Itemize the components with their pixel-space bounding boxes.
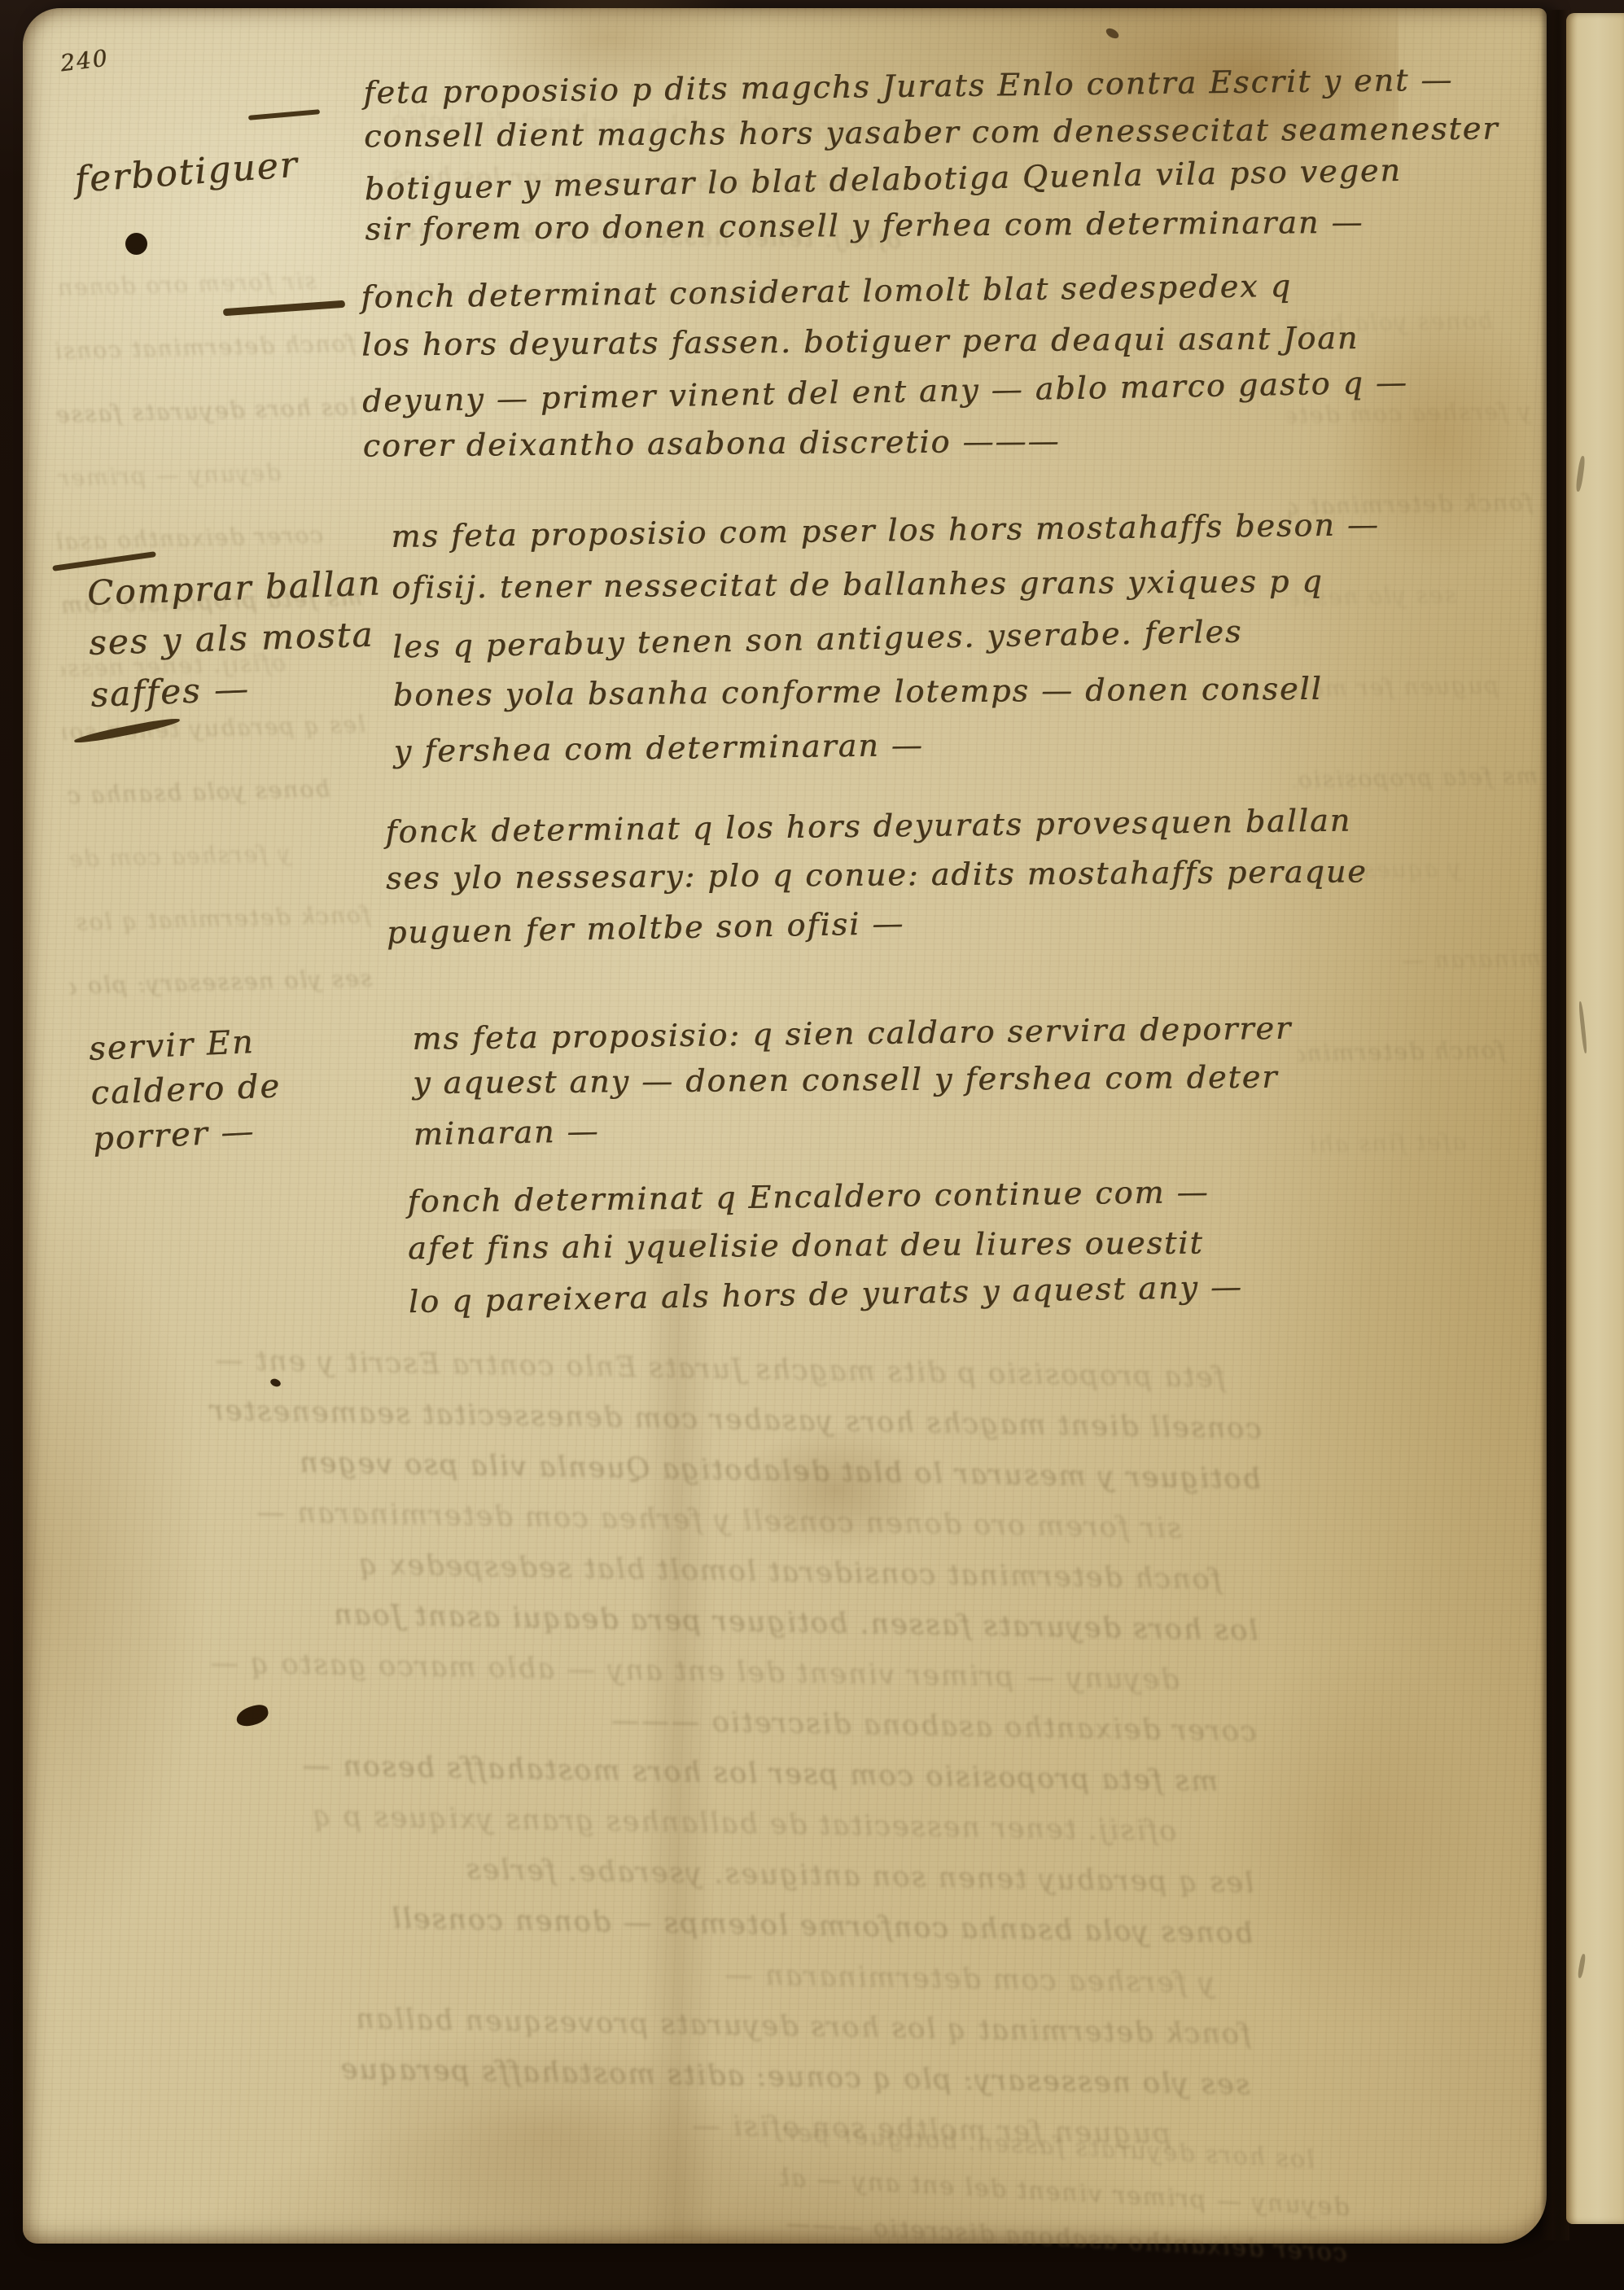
text-line: caldero de (90, 1064, 282, 1116)
bleedthrough-line: ses ylo nessesary: plo q conue: adits mo… (86, 2039, 1251, 2110)
page-gap-shadow (1540, 10, 1569, 2240)
paper-crease (641, 1229, 715, 2239)
stain (1211, 1653, 1488, 2027)
ink-dot (125, 233, 147, 255)
bleedthrough-line: botiguer y mesurar lo blat delabotiga Qu… (97, 1434, 1262, 1505)
paragraph-proposal-ballanses: ms feta proposisio com pser los hors mos… (391, 497, 1382, 778)
bleedthrough-line: los hors deyurats fassen. botiguer pera … (54, 375, 358, 447)
paragraph-resolution-ballanses: fonck determinat q los hors deyurats pro… (385, 795, 1368, 954)
bleedthrough-line: fonch determinat q Encaldero continue co… (1298, 1005, 1506, 1099)
next-page-edge (1566, 13, 1624, 2224)
bleedthrough-line: ofisij. tener nessecitat de ballanhes gr… (90, 1788, 1177, 1857)
bleedthrough-line: ms feta proposisio com pser los hors mos… (91, 1737, 1219, 1807)
bleedthrough-line: fonck determinat q los hors deyurats pro… (87, 1989, 1252, 2060)
text-line: ms feta proposisio com pser los hors mos… (391, 497, 1380, 563)
ink-speck (269, 1377, 282, 1388)
ink-flourish-stroke (73, 716, 181, 746)
ink-dash-stroke (223, 300, 345, 316)
folio-number: 240 (59, 45, 110, 77)
bleedthrough-block: los hors deyurats fassen. botiguer pera … (777, 2110, 1353, 2276)
bleedthrough-line: les q perabuy tenen son antigues. yserab… (90, 1838, 1254, 1909)
bleedthrough-line: afet fins ahi yquelisie donat deu liures… (1299, 1097, 1467, 1191)
bleedthrough-line: bones yola bsanha conforme lotemps — don… (89, 1888, 1254, 1959)
bleedthrough-line: bones yola bsanha conforme lotemps — don… (63, 757, 330, 828)
ink-speck (234, 1703, 270, 1729)
stain (739, 1425, 935, 1555)
bleedthrough-line: puguen fer moltbe son ofisi — (85, 2090, 1171, 2159)
text-line: ferbotiguer (73, 144, 300, 201)
text-line: porrer — (92, 1108, 284, 1163)
paragraph-resolution-botiguer: fonch determinat considerat lomolt blat … (361, 259, 1409, 474)
bleedthrough-line: consell dient magchs hors yasaber com de… (98, 1384, 1263, 1455)
manuscript-page: sir forem oro donen consell y ferhea com… (23, 8, 1547, 2244)
text-line: servir En (88, 1019, 280, 1072)
paragraph-proposal-botiguer: feta proposisio p dits magchs Jurats Enl… (363, 56, 1500, 256)
text-line: Comprar ballan (86, 558, 383, 619)
bleedthrough-line: sir forem oro donen consell y ferhea com… (95, 1485, 1182, 1554)
bleedthrough-line: y fershea com determinaran — (88, 1938, 1215, 2008)
text-line: y fershea com determinaran — (393, 712, 1382, 778)
text-line: bones yola bsanha conforme lotemps — don… (393, 661, 1382, 721)
text-line: ms feta proposisio: q sien caldaro servi… (412, 1005, 1292, 1062)
bleedthrough-block: feta proposisio p dits magchs Jurats Enl… (85, 1333, 1263, 2161)
text-line: sir forem oro donen consell y ferhea com… (365, 199, 1500, 253)
bleedthrough-line: fonch determinat considerat lomolt blat … (94, 1535, 1222, 1605)
text-line: saffes — (90, 658, 386, 720)
bleedthrough-line: corer deixantho asabona discretio ——— (92, 1687, 1257, 1758)
ink-speck (1105, 26, 1121, 40)
bleedthrough-line: los hors deyurats fassen. botiguer pera … (94, 1586, 1258, 1657)
book-scan: sir forem oro donen consell y ferhea com… (0, 0, 1624, 2290)
text-line: corer deixantho asabona discretio ——— (362, 414, 1408, 471)
text-line: fonch determinat q Encaldero continue co… (407, 1167, 1242, 1226)
bleedthrough-line: corer deixantho asabona discretio ——— (777, 2201, 1348, 2277)
bleedthrough-line: fonch determinat considerat lomolt blat … (52, 312, 357, 383)
bleedthrough-line: los hors deyurats fassen. botiguer pera … (781, 2110, 1315, 2183)
bleedthrough-line: ses ylo nessesary: plo q conue: adits mo… (68, 947, 373, 1018)
bleedthrough-line: deyuny — primer vinent del ent any — abl… (779, 2156, 1350, 2231)
ink-dash-stroke (248, 109, 320, 120)
bleedthrough-line: deyuny — primer vinent del ent any — abl… (55, 441, 282, 510)
margin-note-comprar-ballanses: Comprar ballanses y als mostasaffes — (86, 558, 386, 720)
margin-note-servir-caldero: servir Encaldero deporrer — (88, 1019, 283, 1162)
bleedthrough-line: deyuny — primer vinent del ent any — abl… (93, 1636, 1180, 1705)
stain (316, 2027, 772, 2239)
bleedthrough-line: fonck determinat q los hors deyurats pro… (67, 883, 371, 955)
bleedthrough-line: y fershea com determinaran — (65, 822, 291, 891)
paragraph-resolution-caldero: fonch determinat q Encaldero continue co… (407, 1167, 1243, 1324)
paragraph-proposal-caldero: ms feta proposisio: q sien caldaro servi… (412, 1005, 1294, 1155)
margin-note-fer-botiguer: ferbotiguer (73, 144, 300, 201)
bleedthrough-line: feta proposisio p dits magchs Jurats Enl… (98, 1333, 1226, 1403)
